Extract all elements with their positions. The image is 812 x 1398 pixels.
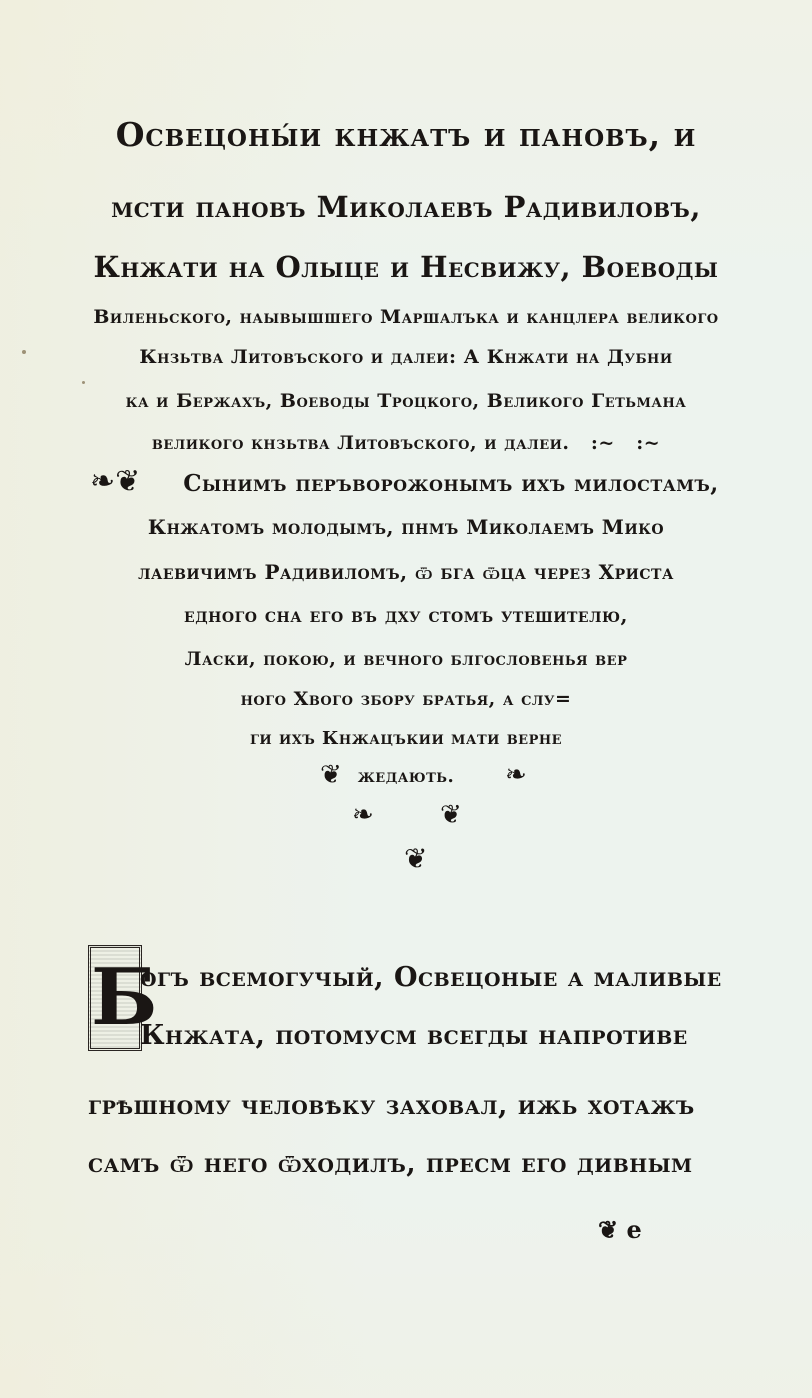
fleuron-ornament-icon: ❦ <box>440 800 462 830</box>
body-line-3: грѣшному человѣку заховал, ижь хотажъ <box>88 1090 788 1121</box>
catchword: ❦ е <box>598 1215 642 1244</box>
dedication-line-12: Ласки, покою, и вечного блгословенья вер <box>0 648 812 670</box>
body-line-2: Кнжата, потомусм всегды напротиве <box>140 1020 780 1051</box>
body-line-4: самъ ѿ него ѿходилъ, пресм его дивным <box>88 1148 788 1179</box>
dedication-line-4: Виленьского, наывышшего Маршалъка и канц… <box>0 306 812 328</box>
dedication-line-14: ги ихъ Кнжацъкии мати верне <box>0 728 812 749</box>
dedication-line-9: Кнжатомъ молодымъ, пнмъ Миколаемъ Мико <box>0 515 812 539</box>
dedication-line-5: Кнзьтва Литовъского и далеи: А Кнжати на… <box>0 346 812 368</box>
catchword-text: е <box>626 1215 641 1244</box>
separator-mark: :~ <box>591 432 615 454</box>
dedication-line-3: Кнжати на Олыце и Несвижу, Воеводы <box>0 250 812 284</box>
book-page: Освецоны́и кнжатъ и пановъ, и мсти панов… <box>0 0 812 1398</box>
dedication-line-7: великого кнзьтва Литовъского, и далеи. :… <box>0 432 812 454</box>
dedication-line-15: жедають. <box>0 766 812 787</box>
dedication-line-13: ного Хвого збору братья, а слу= <box>0 688 812 710</box>
dedication-line-1: Освецоны́и кнжатъ и пановъ, и <box>0 115 812 154</box>
fleuron-ornament-icon: ❦ <box>598 1215 618 1244</box>
dedication-line-7-text: великого кнзьтва Литовъского, и далеи. <box>152 432 570 454</box>
dedication-line-10: лаевичимъ Радивиломъ, ѿ бга ѿца через Хр… <box>0 560 812 584</box>
dedication-line-8: Сынимъ перъворожонымъ ихъ милостамъ, <box>0 470 812 497</box>
dedication-line-6: ка и Бержахъ, Воеводы Троцкого, Великого… <box>0 390 812 412</box>
paper-speck <box>82 381 85 384</box>
separator-mark: :~ <box>636 432 660 454</box>
drop-cap-initial: Б <box>88 945 142 1051</box>
fleuron-ornament-icon: ❧ <box>505 760 527 790</box>
fleuron-ornament-icon: ❦ <box>404 842 427 875</box>
fleuron-ornament-icon: ❧ <box>352 800 374 830</box>
dedication-line-11: едного сна его въ дху стомъ утешителю, <box>0 603 812 627</box>
body-line-1: огъ всемогучый, Освецоные а маливые <box>140 962 780 993</box>
dedication-line-2: мсти пановъ Миколаевъ Радивиловъ, <box>0 190 812 224</box>
